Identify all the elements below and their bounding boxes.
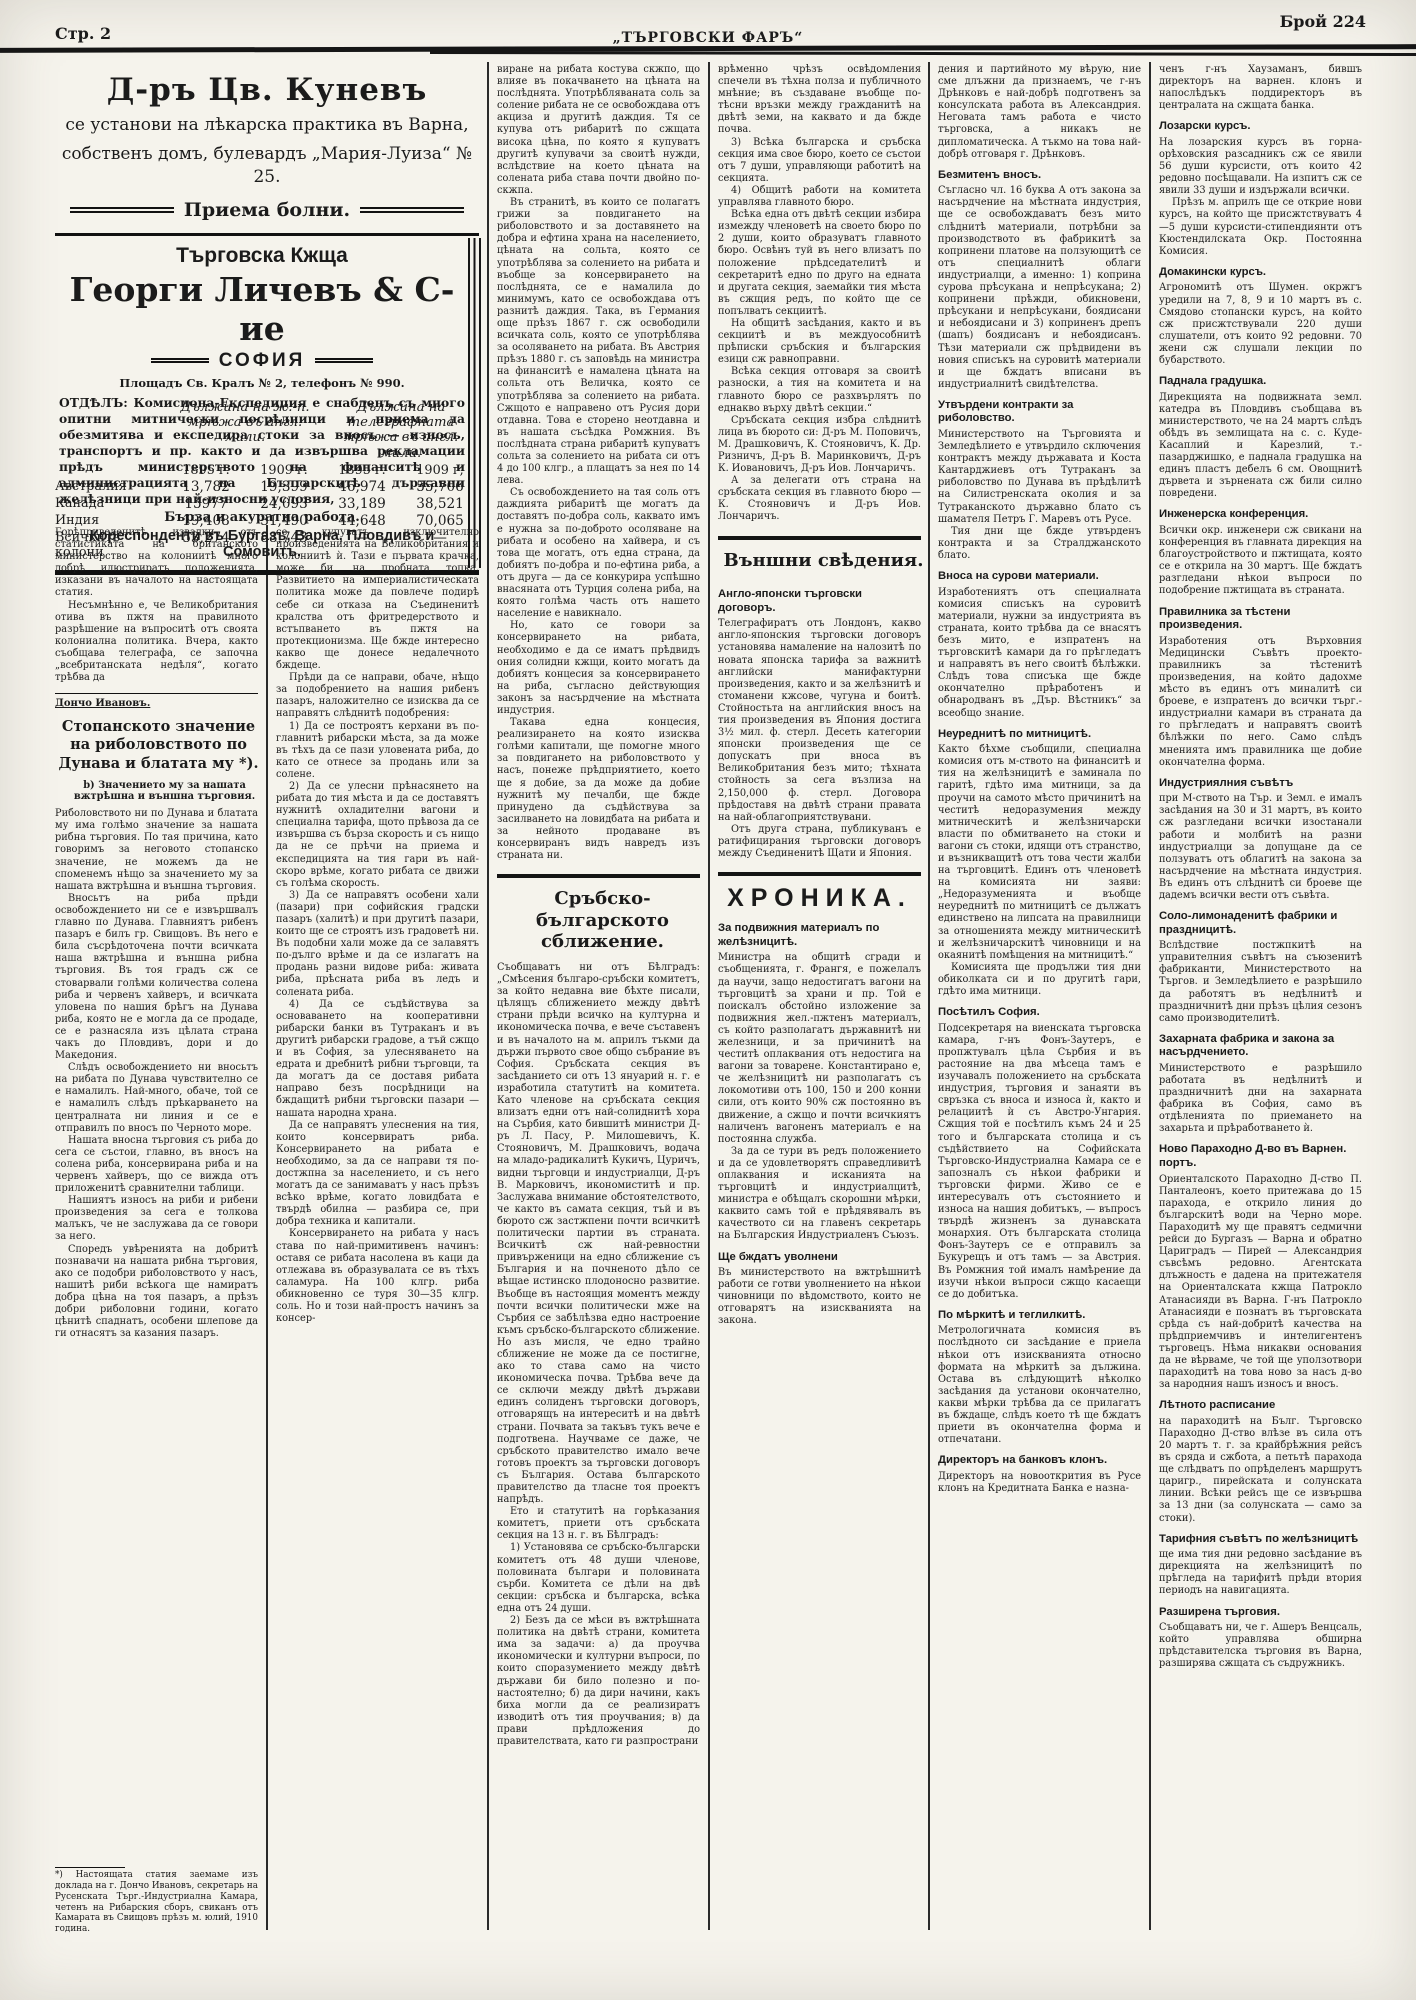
text-block: Да се направятъ улеснения на тия, които … <box>276 1120 479 1229</box>
text-block: Въ министерството на вжтрѣшнитѣ работи с… <box>718 1267 921 1327</box>
text-block: 4) Общитѣ работи на комитета управлява г… <box>718 185 921 209</box>
column-1: Горѣприведенитѣ извадки отъ статистиката… <box>55 527 258 1935</box>
table-cell-country: Канада <box>55 496 167 512</box>
text-block: 2) Да се улесни прѣнасянето на рибата до… <box>276 781 479 890</box>
text-block: Изработениятъ отъ специалната комисия сп… <box>938 587 1141 720</box>
text-block: дения и партийното му вѣрую, ние сме длъ… <box>938 64 1141 161</box>
text-block: Ето и статутитѣ на горѣказания комитетъ,… <box>497 1506 700 1542</box>
column-divider <box>487 62 489 1930</box>
text-block: Дончо Ивановъ. <box>55 693 258 710</box>
masthead: „ТЪРГОВСКИ ФАРЪ“ <box>0 30 1416 46</box>
text-block: Нашиятъ износъ на риби и рибени произвед… <box>55 1195 258 1243</box>
text-block: Всички окр. инженери сж свикани на конфе… <box>1159 525 1362 598</box>
text-block: Телеграфиратъ отъ Лондонъ, какво англо-я… <box>718 618 921 824</box>
text-block: Несъмнѣнно е, че Великобритания отива въ… <box>55 600 258 685</box>
text-block: Неуреднитѣ по митницитѣ. <box>938 728 1141 742</box>
table-cell: 46,974 <box>323 479 401 495</box>
text-block: *) Настоящата статия заемаме изъ доклада… <box>55 1867 258 1935</box>
column-4: врѣменно чрѣзъ освѣдомления спечели въ т… <box>718 64 921 1935</box>
double-rule-ornament <box>315 358 373 363</box>
column-6: ченъ г-нъ Хаузаманъ, бившъ директоръ на … <box>1159 64 1362 1935</box>
column-divider <box>928 62 930 1930</box>
text-block: Директоръ на новооткрития въ Русе клонъ … <box>938 1471 1141 1495</box>
table-cell-country: Австралия <box>55 479 167 495</box>
text-block: виране на рибата костува скжпо, що влияе… <box>497 64 700 197</box>
text-block: По мѣркитѣ и теглилкитѣ. <box>938 1309 1141 1323</box>
text-block: 3) Всѣка българска и сръбска секция има … <box>718 137 921 185</box>
text-block: Въ странитѣ, въ които се полагатъ грижи … <box>497 197 700 487</box>
masthead-rule-secondary <box>430 51 1416 56</box>
table-cell: 13,782 <box>167 479 245 495</box>
text-block: при М-ството на Тър. и Земл. е ималъ зас… <box>1159 793 1362 902</box>
text-block: на параходитѣ на Бълг. Търговско Параход… <box>1159 1416 1362 1525</box>
trading-ad-city: СОФИЯ <box>219 350 306 372</box>
text-block <box>718 536 921 540</box>
issue-label: Брой 224 <box>1280 12 1366 31</box>
text-block: Тия дни ще бжде утвърденъ контракта и за… <box>938 526 1141 562</box>
text-block: Англо-японски търговски договоръ. <box>718 588 921 615</box>
newspaper-page: Стр. 2 „ТЪРГОВСКИ ФАРЪ“ Брой 224 Д-ръ Цв… <box>0 0 1416 2000</box>
text-block: Вноса на сурови материали. <box>938 570 1141 584</box>
table-cell: 24,093 <box>245 496 323 512</box>
text-block: Прѣди да се направи, обаче, нѣщо за подо… <box>276 672 479 720</box>
text-block <box>497 874 700 878</box>
doctor-ad-title: Д-ръ Цв. Куневъ <box>59 72 475 108</box>
column-2: се купуватъ изключително произведенията … <box>276 527 479 1935</box>
text-block: Агрономитѣ отъ Шумен. окржгъ уредили на … <box>1159 282 1362 367</box>
text-block: Директоръ на банковъ клонъ. <box>938 1454 1141 1468</box>
text-block: Метрологичната комисия въ послѣдното си … <box>938 1325 1141 1446</box>
text-block: 1) Установява се сръбско-български комит… <box>497 1542 700 1615</box>
text-block: Отъ друга страна, публикуванъ е ратифици… <box>718 824 921 860</box>
text-block: Сръбско-българското сближение. <box>501 888 704 953</box>
text-block: Паднала градушка. <box>1159 375 1362 389</box>
text-block: Съобщаватъ ни отъ Бѣлградъ: „Смѣсения бъ… <box>497 962 700 1506</box>
text-block: Дирекцията на подвижната земл. катедра в… <box>1159 392 1362 501</box>
trading-ad-address: Площадъ Св. Кралъ № 2, телефонъ № 990. <box>59 376 465 390</box>
trading-ad-kicker: Търговска Кжща <box>59 244 465 268</box>
table-cell: 38,521 <box>401 496 479 512</box>
text-block: Безмитенъ вносъ. <box>938 169 1141 183</box>
text-block: За подвижния материалъ по желѣзницитѣ. <box>718 922 921 949</box>
text-block: Но, като се говори за консервирането на … <box>497 620 700 717</box>
text-block: Министерството на Търговията и Земледѣли… <box>938 429 1141 526</box>
text-block: Нашата вносна търговия съ риба до сега с… <box>55 1135 258 1195</box>
text-block: Лозарски курсъ. <box>1159 120 1362 134</box>
double-rule-ornament <box>360 207 464 213</box>
table-row: Австралия 13,782 19,399 46,974 55,706 <box>55 479 479 495</box>
text-block: ХРОНИКА. <box>718 892 921 904</box>
text-block: Утвърдени контракти за риболовство. <box>938 399 1141 426</box>
text-block: Всѣка една отъ двѣтѣ секции избира измеж… <box>718 209 921 318</box>
text-block <box>718 872 921 876</box>
doctor-ad-note: Приема болни. <box>184 199 350 221</box>
text-block: Сръбската секция избра слѣднитѣ лица въ … <box>718 415 921 475</box>
text-block: Горѣприведенитѣ извадки отъ статистиката… <box>55 527 258 600</box>
table-cell: 19,399 <box>245 479 323 495</box>
double-rule-ornament <box>70 207 174 213</box>
text-block: На лозарския курсъ въ горна-орѣховския р… <box>1159 137 1362 197</box>
text-block: Министерството е разрѣшило работата въ н… <box>1159 1063 1362 1136</box>
text-block: Прѣзъ м. априлъ ще се открие нови курсъ,… <box>1159 197 1362 257</box>
column-5: дения и партийното му вѣрую, ние сме длъ… <box>938 64 1141 1935</box>
doctor-advertisement: Д-ръ Цв. Куневъ се установи на лѣкарска … <box>55 62 479 236</box>
text-block: се купуватъ изключително произведенията … <box>276 527 479 672</box>
text-block: Риболовството ни по Дунава и блатата му … <box>55 808 258 893</box>
text-block: Споредъ увѣренията на добритѣ познавачи … <box>55 1244 258 1341</box>
text-block: За да се тури въ редъ положението и да с… <box>718 1146 921 1243</box>
text-block: Тарифния съвѣтъ по желѣзницитѣ <box>1159 1533 1362 1547</box>
text-block: Изработения отъ Върховния Медицински Съв… <box>1159 636 1362 769</box>
text-block: Министра на общитѣ сгради и съобщенията,… <box>718 952 921 1146</box>
text-block: врѣменно чрѣзъ освѣдомления спечели въ т… <box>718 64 921 137</box>
text-block: Посѣтилъ София. <box>938 1006 1141 1020</box>
text-block: Лѣтното расписание <box>1159 1399 1362 1413</box>
text-block: Правилника за тѣстени произведения. <box>1159 606 1362 633</box>
text-block: 3) Да се направятъ особени хали (пазари)… <box>276 890 479 999</box>
text-block: 1) Да се построятъ керхани въ по-главнит… <box>276 721 479 781</box>
text-block: Комисията ще продължи тия дни обиколката… <box>938 962 1141 998</box>
table-group-header-rail: Дължина на ж.-п.мрѣжа въ англ. мили. <box>167 400 323 461</box>
text-block: Съ освобождението на тая соль отъ даждия… <box>497 487 700 620</box>
table-group-header-telegraph: Дължина на телеграфнатамрѣжа въ англ. ми… <box>323 400 479 461</box>
text-block: Разширена търговия. <box>1159 1606 1362 1620</box>
text-block: Подсекретаря на виенската търговска кама… <box>938 1023 1141 1301</box>
text-block: Всѣка секция отговаря за своитѣ разноски… <box>718 366 921 414</box>
table-cell: 15977 <box>167 496 245 512</box>
doctor-ad-line2: собственъ домъ, булевардъ „Мария-Луиза“ … <box>59 143 475 189</box>
text-block: Ориенталското Параходно Д-ство П. Пантал… <box>1159 1174 1362 1392</box>
column-3: виране на рибата костува скжпо, що влияе… <box>497 64 700 1935</box>
text-block: ще има тия дни редовно засѣдание въ дире… <box>1159 1549 1362 1597</box>
column-divider <box>266 525 268 1930</box>
trading-ad-title: Георги Личевъ & С-ие <box>59 270 465 348</box>
text-block: Такава една концесия, реализирането на к… <box>497 717 700 862</box>
text-block: Съобщаватъ ни, че г. Ашеръ Венцсаль, кой… <box>1159 1622 1362 1670</box>
text-block: Индустриялния съвѣтъ <box>1159 777 1362 791</box>
text-block: Домакински курсъ. <box>1159 266 1362 280</box>
text-block: Слѣдъ освобождението ни вносьтъ на рибат… <box>55 1062 258 1135</box>
text-block: А за делегати отъ страна на сръбската се… <box>718 475 921 523</box>
table-year-row: 1895 г. 1909 г. 1895 г. 1909 г, <box>55 463 479 478</box>
text-block: b) Значението му за нашата вжтрѣшна и въ… <box>63 780 266 804</box>
double-rule-ornament <box>151 358 209 363</box>
text-block: 2) Безъ да се мѣси въ вжтрѣшната политик… <box>497 1615 700 1748</box>
text-block: 4) Да се съдѣйствува за основаването на … <box>276 999 479 1120</box>
text-block: Инженерска конференция. <box>1159 508 1362 522</box>
text-block: Вслѣдствие постжпкитѣ на управителния съ… <box>1159 940 1362 1025</box>
doctor-ad-line1: се установи на лѣкарска практика въ Варн… <box>59 114 475 137</box>
table-cell: 55,706 <box>401 479 479 495</box>
text-block: ченъ г-нъ Хаузаманъ, бившъ директоръ на … <box>1159 64 1362 112</box>
text-block: Както бѣхме съобщили, специална комисия … <box>938 744 1141 962</box>
text-block: Ново Параходно Д-во въ Варнен. портъ. <box>1159 1143 1362 1170</box>
column-divider <box>1149 62 1151 1930</box>
column-divider <box>708 62 710 1930</box>
text-block: Соло-лимонаденитѣ фабрики и праздницитѣ. <box>1159 910 1362 937</box>
text-block: Съгласно чл. 16 буква А отъ закона за на… <box>938 185 1141 391</box>
text-block: Захарната фабрика и закона за насърдчени… <box>1159 1033 1362 1060</box>
text-block: Външни свѣдения. <box>722 550 925 572</box>
table-row: Канада 15977 24,093 33,189 38,521 <box>55 496 479 512</box>
text-block: Ще бждатъ уволнени <box>718 1251 921 1265</box>
text-block: Вносьтъ на риба прѣди освобождението ни … <box>55 893 258 1062</box>
text-block: Стопанското значение на риболовството по… <box>57 718 260 772</box>
text-block: Консервирането на рибата у насъ става по… <box>276 1228 479 1325</box>
table-cell: 33,189 <box>323 496 401 512</box>
text-block: На общитѣ засѣдания, както и въ секциитѣ… <box>718 318 921 366</box>
